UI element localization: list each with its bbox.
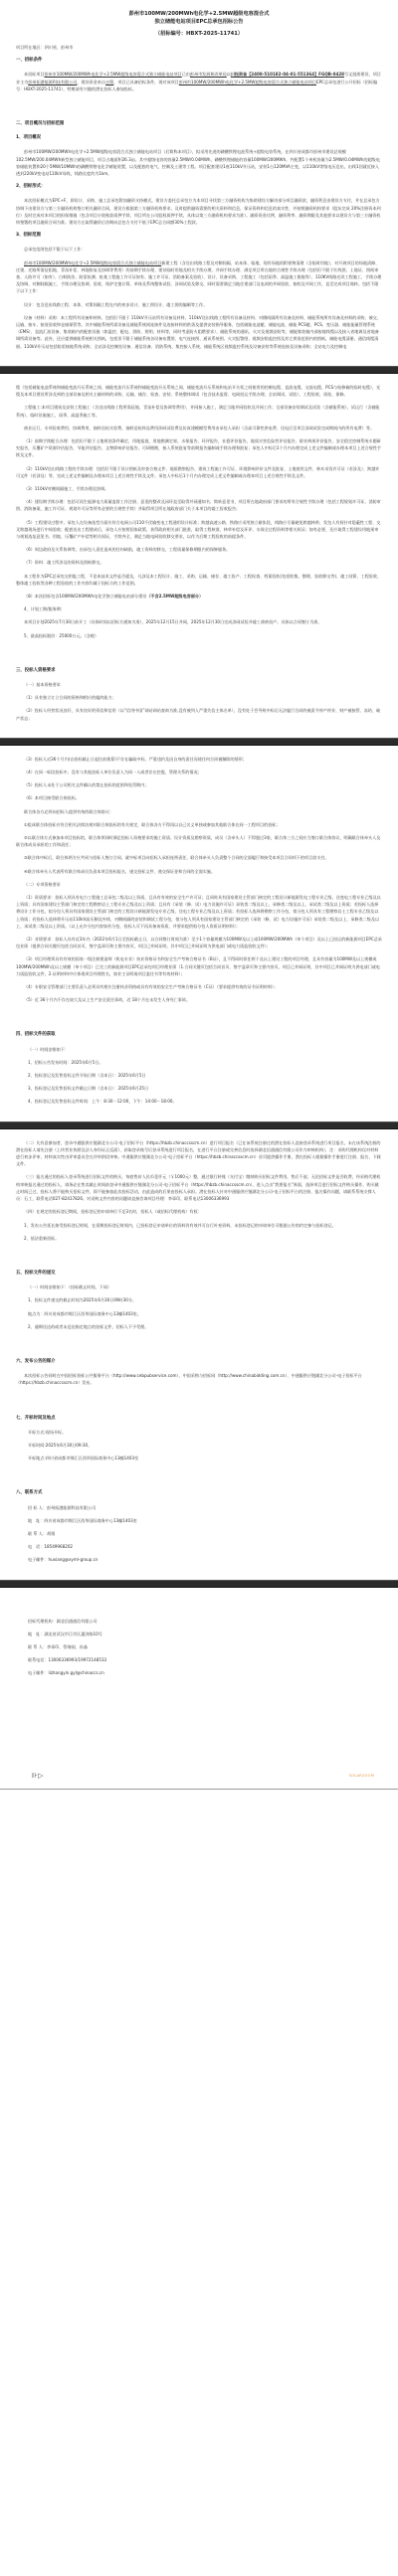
special-qual-heading: （二）专项资格要求	[16, 881, 382, 888]
consortium-rule: ②以联合体方式参加本项目投标的，联合体须同时满足投标人资格要求的施工资质、设计资…	[16, 834, 382, 848]
project-region: 项目所在地区：四川省，彭州市	[16, 44, 382, 51]
agent-contact: 联系电话：13006336993/19972148533	[16, 1656, 382, 1663]
schedule: 本项目计划2025年7月30日前开工（具体时间以招标方通知为准），2025年12…	[16, 618, 382, 625]
scope-item: （6）周边政府及关系协调等，由承包人责任造成的任何缺陷，竣工资料的移交、工程质量…	[16, 546, 382, 553]
scope-construction: 工程施工:本项目建筑及安装工程施工（含送出线路工程所需征地、青苗补偿及协调等费用…	[16, 404, 382, 418]
scope-item-8: （8）本次招标包含100MW/200MWh电化学独立储能电站部分建设（不含2.5…	[16, 593, 382, 600]
basic-qual-item: （6）本项目接受联合体投标。	[16, 794, 382, 801]
opening-place: 开标地点:四川省成都市锦江区西华国际商务中心13幢1403室	[16, 1455, 382, 1461]
extension-option: 1、发布公告延长接受投标登记时间，在延期投标登记时间内，已投标登记申请单位的资料…	[16, 1222, 382, 1229]
page-break	[0, 366, 398, 374]
scope-intro: 总承包范围包括不限于以下工作：	[16, 246, 382, 253]
section-6-heading: 六、发布公告的媒介	[16, 1358, 382, 1365]
owner-contact: 电子邮件：huxiang@xyml-group.cn	[16, 1556, 382, 1563]
page-break	[0, 1580, 398, 1588]
bottom-border	[0, 1789, 398, 1790]
agent-contact: 地 址：湖北省武汉市江岸区惠济路10号	[16, 1631, 382, 1637]
page-3: （3）投标人近36个月内(自投标截止日起往前推算)不存在骗取中标、严重违约及因自…	[0, 746, 398, 1121]
page-break	[0, 738, 398, 746]
purchase-instructions: （三）报名通过的投标人登录系统进行招标文件的购买，每套售价人民币壹仟元（￥100…	[16, 1173, 382, 1202]
special-qual-item: （3）项目经理须具有有效的国家一级注册建造师（机电专业）执业资格证书和安全生产考…	[16, 955, 382, 977]
scope-commercial: 商业运行，专项验收费用，协调费用，抽样送检实验费，抽样送检样品费用涉网试验费及仿…	[16, 425, 382, 431]
basic-qual-item: （5）投标人未处于公司相关文件确认的禁止投标的范围和处罚期内；	[16, 781, 382, 788]
basic-qual-heading: （一）基本资格要求	[16, 681, 382, 688]
scope-design: 设计：包含送出线路工程、本体、对策间隔工程在内的初步设计、施工图设计、竣工图的编…	[16, 301, 382, 308]
scope-equipment: 设备（材料）采购：本工程所有设备和材料，包括但不限于 110kV升压站所有设备及…	[16, 314, 382, 350]
submission-deadline: 1、投标文件递交的截止时间为2025年6月30日09时30分。	[16, 1296, 382, 1303]
basic-qual-item: （1）具有独立订立合同的资格和相应的履约能力；	[16, 694, 382, 701]
scope-equipment-cont: 缆（包括储能电池系统和储能变流升压系统之间、储能变流升压系统和储能变流升压系统之…	[16, 384, 382, 398]
special-qual-item: （4）专职安全管理部门主要负责人必须具有相应注册执业资格或具有有效的安全生产考核…	[16, 983, 382, 990]
agent-contact: 联 系 人：李章印、管绪刚、孙淼	[16, 1643, 382, 1650]
section-2-heading: 二、项目概况与招标范围	[16, 120, 382, 127]
agent-contact: 电子邮件：lizhangyin.gyl@chinaccs.cn	[16, 1669, 382, 1676]
section-7-heading: 七、开标时间及地点	[16, 1415, 382, 1422]
owner-contact: 电 话：18549968202	[16, 1543, 382, 1550]
project-overview: 彭州市100MW/200MWh电化学+2.5MW超级电容混合式独立储能电站项目（…	[16, 148, 382, 177]
scope-item: （4）建设期手续办理：包括可再生能源电力质量监督工作注册、意见的整改及闭环直至取…	[16, 498, 382, 512]
sub-heading-overview: 1、项目概况	[16, 134, 382, 141]
page-4: （二）凡有意参加者，登录中通服供应链湖北分公司-电子招标平台（https://h…	[0, 1129, 398, 1580]
consortium-rule: ④联合体牵头人代表所有联合体成员负责本项目投标报名、递交投标文件、递交保证金和合…	[16, 868, 382, 875]
time-item: 2、投标登记及发售招标文件开始日期（含本日）：2025年6月5日	[16, 1072, 382, 1079]
tender-form: 本次招标模式为EPC+F，即设计、采购、施工总承包附加融资支持模式，建设方委托总…	[16, 197, 382, 226]
publication-media: 本次招标公告同时在中国招标投标公共服务平台（http://www.cebpubs…	[16, 1372, 382, 1386]
section-5-heading: 五、投标文件的递交	[16, 1270, 382, 1277]
basic-qual-item: （2）投标人经营状况良好，具有良好的资信和信用（以“信用中国”网站网站查询为准,…	[16, 707, 382, 721]
basic-qual-item: （4）在同一标段投标中，没有与其他投标人单位负责人为同一人或者存在控股、管理关系…	[16, 769, 382, 775]
scope-main: 彭州市100MW/200MWh电化学+2.5MW超级电容混合式独立储能电站项目新…	[16, 259, 382, 295]
sub-heading-schedule: 4、计划工期/服务期:	[16, 605, 382, 612]
insufficient-registrants: （四）在规定的投标登记期间，投标登记的申请单位不足3名时，招标人（或招标代理机构…	[16, 1208, 382, 1215]
turnkey-statement: 本工程作为EPC总承包交钥匙工程，不论本技术文件是否提及，凡涉及本工程设计、施工…	[16, 573, 382, 587]
page-1: 彭州市100MW/200MWh电化学+2.5MW超级电容混合式 独立储能电站项目…	[0, 0, 398, 366]
opening-method: 开标方式:现场开标。	[16, 1429, 382, 1436]
section-3-heading: 三、投标人资格要求	[16, 667, 382, 674]
opening-time: 开标时间:2025年6月30日09:30。	[16, 1442, 382, 1449]
section-1-heading: 一、招标条件	[16, 57, 382, 64]
time-item: 1、招标公告发布时间：2025年6月5日。	[16, 1059, 382, 1066]
scope-item: （3）110kV对侧间隔施工、手续办理及协调。	[16, 485, 382, 492]
time-item: 3、投标登记及发售招标文件截止日期（含本日）：2025年6月25日	[16, 1085, 382, 1092]
scope-item: （5）工程建设过程中，承包人在设备选型方面应符合电网公司110千伏输变电工程通用…	[16, 519, 382, 541]
owner-contact: 联 系 人：胡翔	[16, 1530, 382, 1537]
sub-heading-form: 2、招标形式：	[16, 183, 382, 190]
scope-item: （1）前期手续配合办理：包括但不限于土地规划条件确定，用地报批，用地勘测定界，水…	[16, 437, 382, 459]
max-bid-price: 5、最高投标限价：25000万元。（含税）	[16, 632, 382, 639]
special-qual-item: （1）资质要求：投标人须具有电力工程施工总承包二级及以上资质，且具有有效的安全生…	[16, 894, 382, 930]
consortium-intro: 联合体各方必须向招标人提供有效的联合体协议：	[16, 808, 382, 815]
submission-time-heading: （一）时间安排如下：（投标截止时间，下同）	[16, 1284, 382, 1290]
tender-code: （招标编号：HBXT-2025-11741）	[16, 30, 382, 38]
registration-instructions: （二）凡有意参加者，登录中通服供应链湖北分公司-电子招标平台（https://h…	[16, 1139, 382, 1168]
special-qual-item: （5）近 36个月内不存在较大及以上生产安全责任事故，近 18个月在未发生人身死…	[16, 996, 382, 1003]
brand-watermark: SOLARZOOM	[349, 1773, 374, 1780]
basic-qual-item: （3）投标人近36个月内(自投标截止日起往前推算)不存在骗取中标、严重违约及因自…	[16, 756, 382, 763]
play-flag-icon: ⊪▷	[32, 1773, 43, 1780]
consortium-rule: ③联合体中标后，联合体两方应共同与招标人签订合同，就中标项目向招标人承担连带责任…	[16, 854, 382, 861]
section-4-heading: 四、招标文件的获取	[16, 1031, 382, 1038]
section-8-heading: 八、联系方式	[16, 1489, 382, 1496]
page-break	[0, 1121, 398, 1129]
agent-contact: 招标代理机构：湖北信通通信有限公司	[16, 1618, 382, 1625]
page-2: 缆（包括储能电池系统和储能变流升压系统之间、储能变流升压系统和储能变流升压系统之…	[0, 374, 398, 738]
title-line-2: 独立储能电站项目EPC总承包招标公告	[16, 18, 382, 26]
owner-contact: 招 标 人：彭州拓港能源科技有限公司	[16, 1504, 382, 1511]
time-arrangement-heading: （一）时间安排如下：	[16, 1046, 382, 1053]
owner-contact: 地 址：四川省成都市锦江区西华国际商务中心13幢1403室	[16, 1517, 382, 1524]
sub-heading-scope: 3、招标范围	[16, 232, 382, 239]
consortium-rule: ①组成联合体投标应符合相关法律法规对联合体投标的有关规定，联合体各方不得再以自己…	[16, 821, 382, 828]
footer: ⊪▷ SOLARZOOM	[16, 1753, 382, 1789]
retender-option: 2、依法重新招标。	[16, 1235, 382, 1242]
tender-conditions: 本招标项目彭州市100MW/200MWh电化学+2.5MW超级电容混合式独立储能…	[16, 71, 382, 92]
page-5: 招标代理机构：湖北信通通信有限公司 地 址：湖北省武汉市江岸区惠济路10号 联 …	[0, 1588, 398, 1789]
late-submission: 2、逾期送达的或者未送达指定地点的投标文件，招标人不予受理。	[16, 1323, 382, 1330]
title-line-1: 彭州市100MW/200MWh电化学+2.5MW超级电容混合式	[16, 0, 382, 18]
scope-item: （7）资料：竣工所涉及的资料及图纸移交。	[16, 559, 382, 566]
time-item: 4、投标登记及发售招标文件时间：上午：8:30－12:00，下午：14:00－1…	[16, 1098, 382, 1105]
submission-address: 地点为：四川省成都市锦江区西华国际商务中心13幢1403室。	[16, 1310, 382, 1317]
scope-item: （2）110kV送出线路工程的手续办理：包括但不限于设计图纸及审查合格文件、地质…	[16, 465, 382, 479]
special-qual-item: （2）业绩要求：投标人具有近3年内（2022年6月1日至投标截止日，以合同签订时…	[16, 936, 382, 949]
